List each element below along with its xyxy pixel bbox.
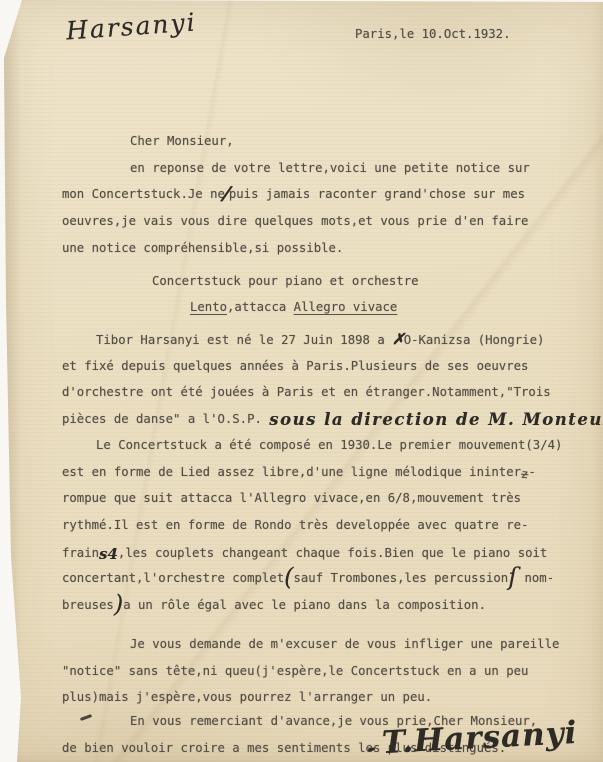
crossed-out-letter-mark: ✗ <box>392 330 404 348</box>
typed-text: sauf Trombones,les percussion <box>293 571 508 585</box>
letter-line: d'orchestre ont été jouées à Paris et en… <box>62 379 603 406</box>
handwritten-stroke-mark: ſ <box>508 572 517 582</box>
letter-line: Tibor Harsanyi est né le 27 Juin 1898 a … <box>62 326 603 353</box>
paragraph-biography: Tibor Harsanyi est né le 27 Juin 1898 a … <box>62 326 603 433</box>
letter-line: Le Concertstuck a été composé en 1930.Le… <box>62 432 562 459</box>
letter-line: rythmé.Il est en forme de Rondo très dev… <box>62 512 562 539</box>
tempo-subtitle: Lento,attacca Allegro vivace <box>190 300 397 314</box>
tempo-lento: Lento <box>190 300 227 314</box>
handwritten-open-paren: ( <box>284 572 293 582</box>
typed-text: frain <box>62 546 99 560</box>
typed-text: concertant,l'orchestre complet <box>62 571 284 585</box>
letter-line: en reponse de votre lettre,voici une pet… <box>62 155 530 182</box>
letter-line: concertant,l'orchestre complet(sauf Trom… <box>62 565 562 592</box>
typed-text: O-Kanizsa (Hongrie) <box>404 333 545 347</box>
work-title: Concertstuck pour piano et orchestre <box>152 274 419 288</box>
dateline: Paris,le 10.Oct.1932. <box>355 27 510 41</box>
paragraph-opening: Cher Monsieur, en reponse de votre lettr… <box>62 128 530 261</box>
typed-text: - <box>528 465 535 479</box>
typed-text: nom- <box>517 571 554 585</box>
letter-line: oeuvres,je vais vous dire quelques mots,… <box>62 208 530 235</box>
typed-text: puis jamais raconter grand'chose sur mes <box>229 187 525 201</box>
handwritten-insertion-monteux: sous la direction de M. Monteux <box>269 410 603 429</box>
typed-text: ,les couplets changeant chaque fois.Bien… <box>118 546 547 560</box>
typed-text: mon Concertstuck.Je ne <box>62 187 225 201</box>
typed-text: breuses <box>62 598 114 612</box>
handwritten-correction-refrains: s4 <box>99 541 118 568</box>
salutation: Cher Monsieur, <box>62 128 530 155</box>
letter-line: rompue que suit attacca l'Allegro vivace… <box>62 485 562 512</box>
letter-line: et fixé depuis quelques années à Paris.P… <box>62 353 603 380</box>
typed-text: Tibor Harsanyi est né le 27 Juin 1898 a <box>96 333 392 347</box>
handwritten-close-paren: ) <box>114 599 123 609</box>
letter-line: breuses)a un rôle égal avec le piano dan… <box>62 592 562 619</box>
letter-line: mon Concertstuck.Je ne/puis jamais racon… <box>62 181 530 208</box>
typed-text: pièces de danse" a l'O.S.P. <box>62 412 262 426</box>
typed-text: est en forme de Lied assez libre,d'une l… <box>62 465 521 479</box>
tempo-allegro: Allegro vivace <box>294 300 398 314</box>
letter-line: Je vous demande de m'excuser de vous inf… <box>62 631 559 658</box>
letter-line: frains4,les couplets changeant chaque fo… <box>62 539 562 566</box>
overstruck-character: z <box>520 460 530 487</box>
typed-text: a un rôle égal avec le piano dans la com… <box>123 598 486 612</box>
letter-line: pièces de danse" a l'O.S.P. sous la dire… <box>62 406 603 433</box>
scanned-letter-page: Harsanyi Paris,le 10.Oct.1932. Cher Mons… <box>0 0 603 762</box>
paragraph-work-description: Le Concertstuck a été composé en 1930.Le… <box>62 432 562 619</box>
letter-line: une notice compréhensible,si possible. <box>62 235 530 262</box>
tempo-attacca: ,attacca <box>227 300 294 314</box>
handwritten-slash-mark: / <box>222 188 227 198</box>
letter-line: est en forme de Lied assez libre,d'une l… <box>62 459 562 486</box>
paragraph-apology: Je vous demande de m'excuser de vous inf… <box>62 631 559 711</box>
letter-line: "notice" sans tête,ni queu(j'espère,le C… <box>62 658 559 685</box>
